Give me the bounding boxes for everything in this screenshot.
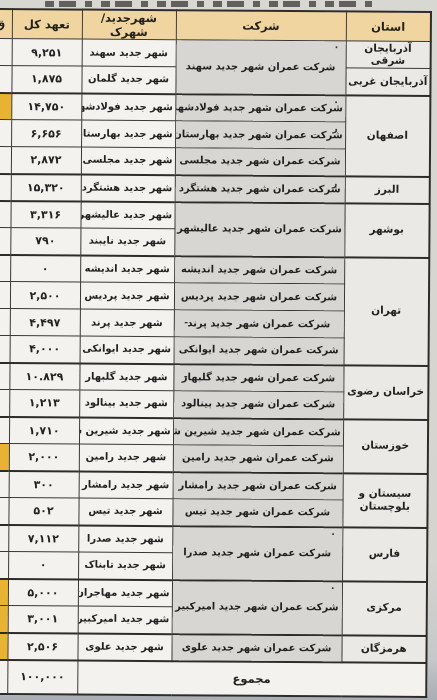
city-cell: شهر جدید فولادشهر [81,93,175,121]
commitments-table: استان شرکت شهرجدید/شهرک تعهد کل ق آذربای… [0,8,432,698]
commitment-cell: ۳,۰۰۱ [8,606,78,633]
company-name: شرکت عمران شهر جدید تیس [185,507,330,519]
company-name: شرکت عمران شهر جدید ایوانکی [179,344,339,356]
table-row: مرکزی·شرکت عمران شهر جدید امیرکبیرشهر جد… [0,578,427,608]
company-name: شرکت عمران شهر جدید رامین [182,453,334,465]
company-cell: شرکت عمران شهر جدید بینالود [173,391,343,419]
commitment-cell: ۵,۰۰۰ [8,579,78,606]
company-cell: شرکت عمران شهر جدید تیس [172,499,342,527]
company-name: شرکت عمران شهر جدید پردیس [181,291,337,303]
city-cell: شهر جدید رامشار [79,471,173,499]
company-cell: شرکت عمران شهر جدید مجلسی [175,148,345,176]
commitment-cell: ۱۵,۳۲۰ [11,174,81,201]
company-cell: ·شرکت عمران شهر جدید صدرا [172,526,342,581]
stub-cell [0,227,10,254]
company-cell: ·شرکت عمران شهر جدید امیرکبیر [172,580,342,635]
province-cell: بوشهر [344,203,429,258]
province-cell: هرمزگان [341,635,426,663]
stub-cell [0,335,10,362]
city-cell: شهر جدید بهارستان [81,120,175,148]
stub-cell [0,362,10,389]
commitment-cell: ۴,۴۹۷ [10,309,80,336]
commitment-cell: ۳۰۰ [9,471,79,498]
company-cell: شرکت عمران شهر جدید پردیس [174,283,344,311]
stray-pen-mark: · [331,585,334,594]
company-name: شرکت عمران شهر جدید رامشار [178,480,336,492]
commitment-cell: ۰ [8,552,78,579]
stray-pen-mark: ر [332,125,337,134]
city-cell: شهر جدید پرند [80,309,174,337]
col-header-city: شهرجدید/شهرک [82,10,176,40]
table-row: اصفهان·شرکت عمران شهر جدید فولادشهرشهر ج… [0,92,430,122]
commitment-cell: ۹,۲۵۱ [12,39,82,66]
city-cell: شهر جدید گلمان [81,66,175,94]
stub-cell [0,578,8,605]
commitment-cell: ۱,۷۱۰ [9,417,79,444]
commitment-cell: ۲,۵۰۰ [10,282,80,309]
stub-cell [0,389,9,416]
stub-cell [0,254,10,281]
stub-cell [0,119,11,146]
city-cell: شهر جدید صدرا [78,525,172,553]
company-name: شرکت عمران شهر جدید علوی [182,642,332,654]
city-cell: شهر جدید علوی [77,633,171,661]
table-body: آذربایجان شرقی·شرکت عمران شهر جدید سهندش… [0,38,431,662]
table-row: تهرانشرکت عمران شهر جدید اندیشهشهر جدید … [0,254,429,284]
total-row: مجموع ۱۰۰,۰۰۰ [0,659,426,696]
company-cell: رشرکت عمران شهر جدید هشتگرد [175,175,345,203]
stub-cell [0,497,9,524]
province-cell: مرکزی [342,581,427,636]
header-row: استان شرکت شهرجدید/شهرک تعهد کل ق [0,9,431,42]
commitment-cell: ۲,۵۰۶ [7,633,77,660]
company-cell: شرکت عمران شهر جدید علوی [171,634,341,662]
commitment-cell: ۲,۰۰۰ [9,444,79,471]
company-cell: شرکت عمران شهر جدید ایوانکی [174,337,344,365]
col-header-company: شرکت [176,10,346,41]
company-name: شرکت عمران شهر جدید گلبهار [182,372,335,384]
province-cell: خراسان رضوی [343,365,428,420]
city-cell: شهر جدید رامین [79,444,173,472]
company-name: شرکت عمران شهر جدید شیرین شهر [173,426,341,438]
cropped-title-strip [45,1,375,7]
city-cell: شهر جدید سهند [82,39,176,67]
table-row: هرمزگانشرکت عمران شهر جدید علویشهر جدید … [0,632,427,662]
col-header-total: تعهد کل [12,9,82,39]
commitment-cell: ۲,۸۷۲ [11,147,81,174]
company-name: شرکت عمران شهر جدید بینالود [181,399,335,411]
stub-cell [0,281,10,308]
stub-cell [0,632,8,659]
stub-cell [0,38,12,65]
province-cell: اصفهان [345,95,431,177]
city-cell: شهر جدید تابناک [78,552,172,580]
table-row: بوشهرشرکت عمران شهر جدید عالیشهرشهر جدید… [0,200,430,230]
col-header-clipped: ق [0,9,12,39]
commitment-cell: ۴,۰۰۰ [10,336,80,363]
stub-cell [0,443,9,470]
province-cell: تهران [344,257,430,366]
table-row: خراسان رضوی-شرکت عمران شهر جدید گلبهارشه… [0,362,429,392]
commitment-cell: ۷,۱۱۲ [8,525,78,552]
commitment-cell: ۰ [10,255,80,282]
company-name: شرکت عمران شهر جدید بهارستان [175,129,343,141]
stub-cell [0,146,11,173]
stub-cell [0,200,11,227]
city-cell: شهر جدید مهاجران [78,579,172,607]
city-cell: شهر جدید اندیشه [80,255,174,283]
table-row: آذربایجان شرقی·شرکت عمران شهر جدید سهندش… [0,38,431,68]
stub-cell [0,173,11,200]
stray-pen-mark: - [184,373,188,382]
commitment-cell: ۳,۳۱۶ [10,201,80,228]
commitment-cell: ۶,۶۵۶ [11,120,81,147]
company-cell: -شرکت عمران شهر جدید پرند [174,310,344,338]
company-cell: شرکت عمران شهر جدید اندیشه [174,256,344,284]
province-cell: آذربایجان غربی [345,68,430,96]
commitment-cell: ۱۴,۷۵۰ [11,93,81,120]
commitment-cell: ۵۰۲ [8,498,78,525]
stub-cell [0,605,8,632]
city-cell: شهر جدید مجلسی [81,147,175,175]
stub-cell [0,92,11,119]
stray-pen-mark: · [335,44,338,53]
company-cell: رشرکت عمران شهر جدید بهارستان [175,121,345,149]
photo-of-document: { "table": { "columns": [ {"key":"provin… [0,0,437,700]
province-cell: خوزستان [343,419,428,474]
table-row: سیستان و بلوچستانشرکت عمران شهر جدید رام… [0,470,428,500]
city-cell: شهر جدید تیس [78,498,172,526]
commitment-cell: ۷۹۰ [10,228,80,255]
company-name: شرکت عمران شهر جدید اندیشه [181,264,337,276]
stub-cell [0,416,9,443]
province-cell: آذربایجان شرقی [346,41,431,69]
stray-pen-mark: ر [332,180,337,189]
commitment-cell: ۱۰.۸۲۹ [9,363,79,390]
commitment-cell: ۱,۲۱۳ [9,390,79,417]
province-cell: فارس [342,527,427,582]
stray-pen-mark: · [331,531,334,540]
table-row: البرزرشرکت عمران شهر جدید هشتگردشهر جدید… [0,173,430,203]
table-row: خوزستانشرکت عمران شهر جدید شیرین شهرشهر … [0,416,428,446]
province-cell: سیستان و بلوچستان [342,473,427,528]
stub-cell [0,551,8,578]
city-cell: شهر جدید شیرین شهر [79,417,173,445]
company-name: شرکت عمران شهر جدید پرند [187,318,330,330]
company-cell: -شرکت عمران شهر جدید گلبهار [173,364,343,392]
city-cell: شهر جدید بینالود [79,390,173,418]
stray-pen-mark: · [334,99,337,108]
city-cell: شهر جدید امیرکبیر [78,606,172,634]
company-cell: شرکت عمران شهر جدید عالیشهر [174,202,344,257]
city-cell: شهر جدید هشتگرد [81,174,175,202]
company-name: شرکت عمران شهر جدید امیرکبیر [175,601,338,613]
company-cell: شرکت عمران شهر جدید رامشار [173,472,343,500]
company-name: شرکت عمران شهر جدید سهند [186,61,336,73]
commitment-cell: ۱,۸۷۵ [11,66,81,93]
company-cell: ·شرکت عمران شهر جدید سهند [175,40,345,95]
city-cell: شهر جدید ایوانکی [80,336,174,364]
stub-cell [0,65,12,92]
company-cell: ·شرکت عمران شهر جدید فولادشهر [175,94,345,122]
total-label-cell: مجموع [77,660,426,696]
stub-cell [0,470,9,497]
table-row: فارس·شرکت عمران شهر جدید صدراشهر جدید صد… [0,524,427,554]
company-cell: شرکت عمران شهر جدید رامین [173,445,343,473]
city-cell: شهر جدید پردیس [80,282,174,310]
commitments-table-wrap: استان شرکت شهرجدید/شهرک تعهد کل ق آذربای… [0,8,432,698]
company-name: شرکت عمران شهر جدید مجلسی [179,155,340,167]
stray-pen-mark: - [184,319,188,328]
stub-cell [0,659,7,693]
province-cell: البرز [345,176,430,204]
stub-cell [0,308,10,335]
city-cell: شهر جدید گلبهار [79,363,173,391]
company-cell: شرکت عمران شهر جدید شیرین شهر [173,418,343,446]
city-cell: شهر جدید عالیشهر [80,201,174,229]
stub-cell [0,524,8,551]
city-cell: شهر جدید نایبند [80,228,174,256]
total-value-cell: ۱۰۰,۰۰۰ [7,660,77,694]
company-name: شرکت عمران شهر جدید فولادشهر [175,102,343,114]
company-name: شرکت عمران شهر جدید هشتگرد [179,183,341,195]
company-name: شرکت عمران شهر جدید عالیشهر [177,223,342,235]
company-name: شرکت عمران شهر جدید صدرا [183,547,331,559]
col-header-province: استان [346,11,431,41]
